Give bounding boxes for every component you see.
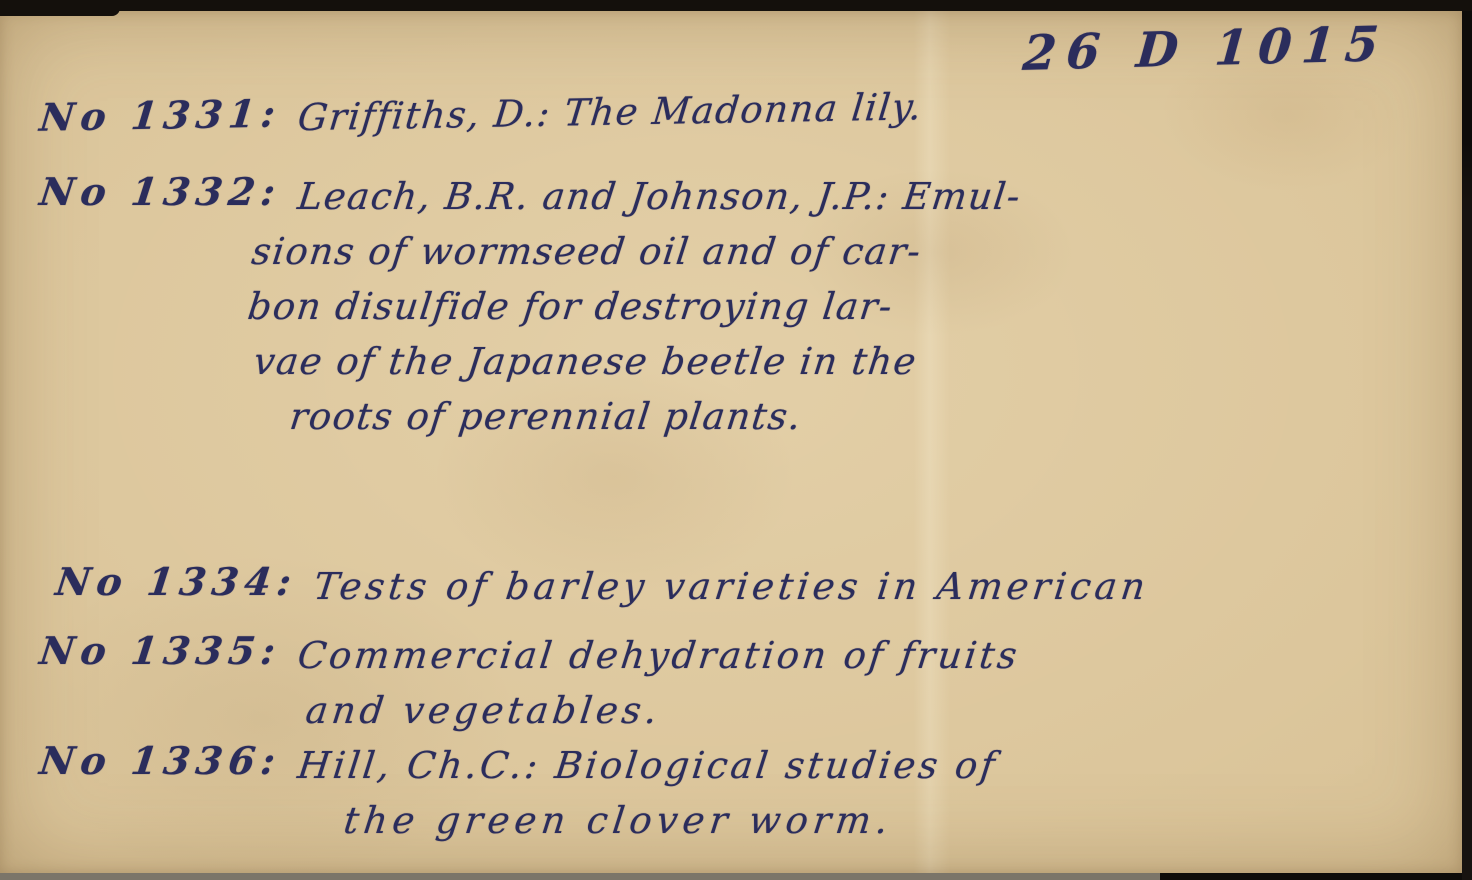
entry-line: Hill, Ch.C.: Biological studies of bbox=[295, 738, 1001, 793]
catalog-entry-1335: No 1335: Commercial dehydration of fruit… bbox=[40, 628, 1020, 738]
entry-line: sions of wormseed oil and of car- bbox=[249, 224, 1025, 279]
entry-line: Leach, B.R. and Johnson, J.P.: Emul- bbox=[295, 169, 1025, 224]
entry-number: No 1332: bbox=[37, 169, 301, 214]
scan-edge-bottom bbox=[0, 873, 1160, 880]
entry-number: No 1336: bbox=[37, 738, 301, 783]
entry-number: No 1335: bbox=[37, 628, 301, 673]
entry-line: and vegetables. bbox=[303, 683, 1023, 738]
entry-number: No 1334: bbox=[53, 559, 317, 604]
scan-edge-right bbox=[1462, 140, 1472, 880]
catalog-entry-1332: No 1332: Leach, B.R. and Johnson, J.P.: … bbox=[40, 169, 1021, 444]
entry-line: the green clover worm. bbox=[341, 793, 1001, 848]
catalog-entry-1336: No 1336: Hill, Ch.C.: Biological studies… bbox=[40, 738, 997, 848]
entry-line: vae of the Japanese beetle in the bbox=[251, 334, 1025, 389]
card-code: 26 D 1015 bbox=[1020, 16, 1390, 82]
entry-line: roots of perennial plants. bbox=[287, 389, 1025, 444]
scan-edge-top bbox=[0, 0, 1472, 11]
entry-line: Griffiths, D.: The Madonna lily. bbox=[295, 79, 925, 145]
catalog-entry-1331: No 1331: Griffiths, D.: The Madonna lily… bbox=[40, 79, 923, 149]
entry-number: No 1331: bbox=[38, 90, 301, 140]
scan-edge-top-left bbox=[0, 0, 120, 16]
scanned-index-card: 26 D 1015 No 1331: Griffiths, D.: The Ma… bbox=[0, 0, 1472, 880]
entry-line: bon disulfide for destroying lar- bbox=[245, 279, 1025, 334]
entry-line: Commercial dehydration of fruits bbox=[295, 628, 1023, 683]
catalog-entry-1334: No 1334: Tests of barley varieties in Am… bbox=[56, 559, 1149, 614]
index-card-paper: 26 D 1015 No 1331: Griffiths, D.: The Ma… bbox=[0, 11, 1462, 873]
entry-line: Tests of barley varieties in American bbox=[311, 559, 1153, 614]
